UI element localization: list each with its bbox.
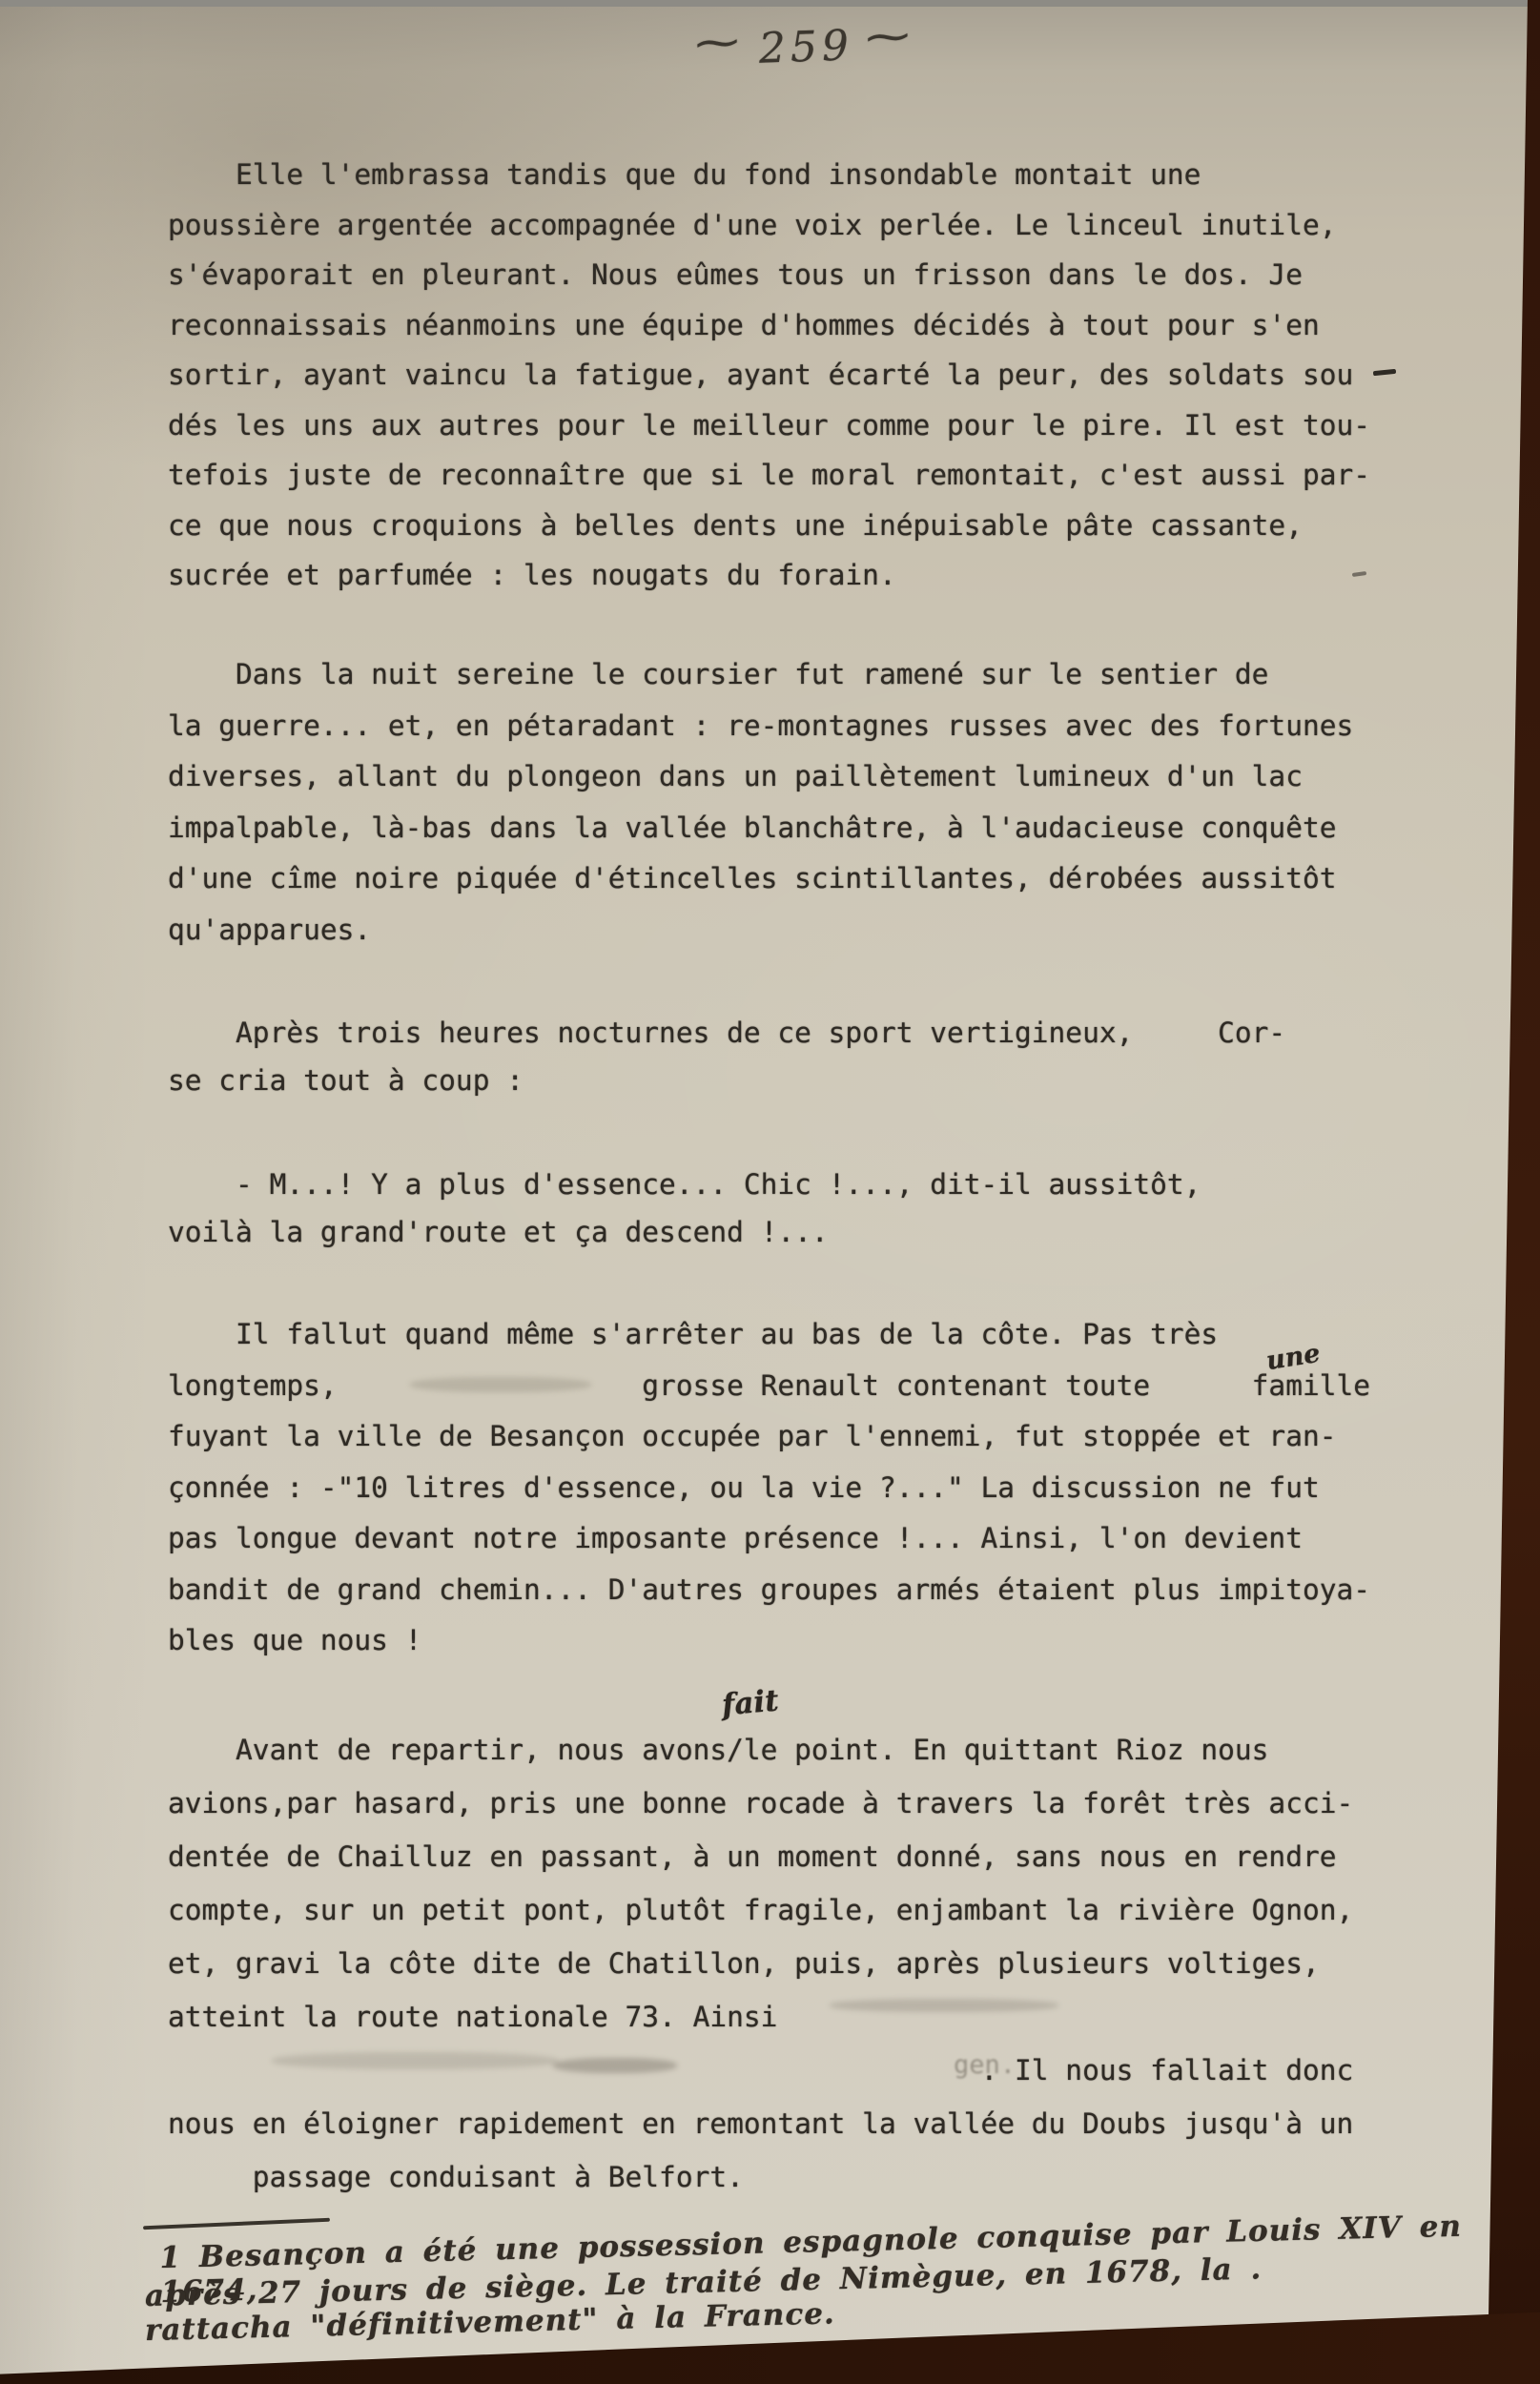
- scanned-page: ~ 259 ~ Elle l'embrassa tandis que du fo…: [0, 0, 1540, 2384]
- paragraph-6: Avant de repartir, nous avons/le point. …: [168, 1723, 1353, 2204]
- paragraph-5: Il fallut quand même s'arrêter au bas de…: [168, 1309, 1370, 1667]
- erased-text-hint: gen.: [954, 2050, 1016, 2080]
- paragraph-3: Après trois heures nocturnes de ce sport…: [168, 1009, 1285, 1104]
- scan-edge-top: [0, 0, 1540, 7]
- page-number-dash-right: ~: [860, 11, 922, 62]
- photo-border-right: [1481, 0, 1540, 2384]
- page-number: ~ 259 ~: [700, 19, 912, 75]
- page-number-dash-left: ~: [689, 17, 751, 68]
- paragraph-4: - M...! Y a plus d'essence... Chic !...,…: [168, 1161, 1201, 1256]
- page-number-value: 259: [758, 21, 854, 72]
- paragraph-1: Elle l'embrassa tandis que du fond inson…: [168, 150, 1370, 601]
- erasure-smudge-ainsi: [830, 1999, 1058, 2012]
- handwritten-insert-fait: fait: [721, 1683, 780, 1722]
- erasure-smudge-line: [272, 2052, 558, 2069]
- erasure-smudge-longtemps: [410, 1377, 591, 1392]
- handwritten-dash-after-sou: [1373, 369, 1396, 376]
- paragraph-2: Dans la nuit sereine le coursier fut ram…: [168, 649, 1353, 956]
- erasure-smudge-line-dark: [553, 2058, 677, 2073]
- footnote-rule: [143, 2218, 330, 2230]
